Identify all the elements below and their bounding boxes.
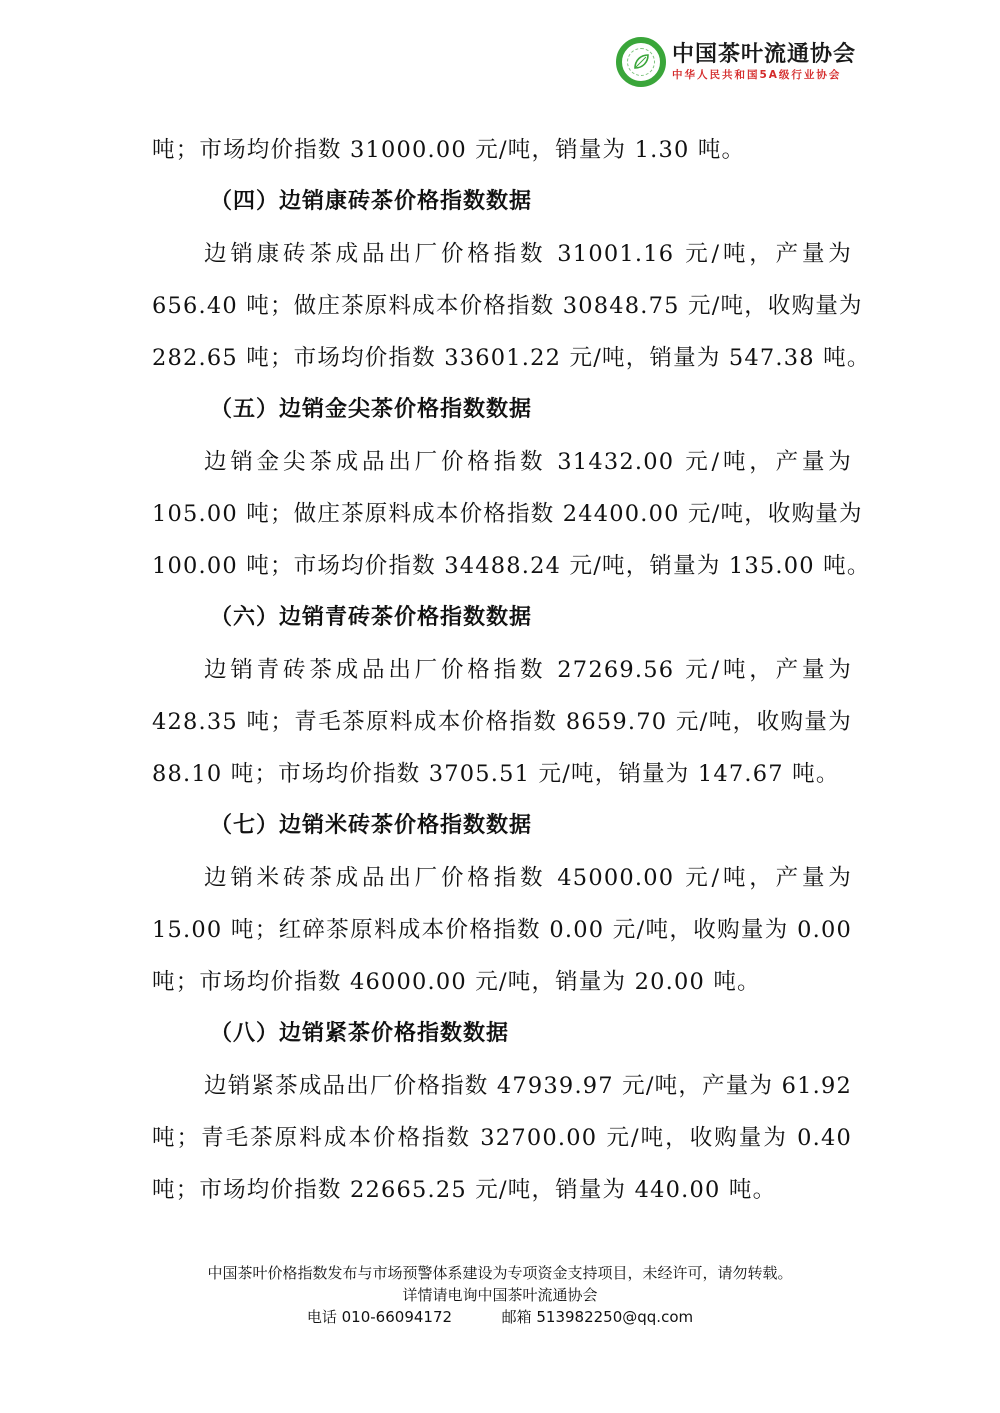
logo-text: 中国茶叶流通协会 中华人民共和国5A级行业协会 [672, 43, 856, 81]
tea-leaf-emblem-icon [616, 37, 666, 87]
paragraph-line: 282.65 吨；市场均价指数 33601.22 元/吨，销量为 547.38 … [152, 332, 852, 384]
section-heading: （五）边销金尖茶价格指数数据 [152, 384, 852, 436]
leaf-icon [631, 52, 651, 72]
section-heading: （四）边销康砖茶价格指数数据 [152, 176, 852, 228]
paragraph-line: 边销米砖茶成品出厂价格指数 45000.00 元/吨，产量为 [152, 852, 852, 904]
paragraph-line: 656.40 吨；做庄茶原料成本价格指数 30848.75 元/吨，收购量为 [152, 280, 852, 332]
org-subtitle: 中华人民共和国5A级行业协会 [672, 70, 856, 81]
section-heading: （七）边销米砖茶价格指数数据 [152, 800, 852, 852]
footer-email: 邮箱 513982250@qq.com [502, 1308, 694, 1326]
paragraph-line: 吨；市场均价指数 46000.00 元/吨，销量为 20.00 吨。 [152, 956, 852, 1008]
section-heading: （六）边销青砖茶价格指数数据 [152, 592, 852, 644]
paragraph-line: 边销青砖茶成品出厂价格指数 27269.56 元/吨，产量为 [152, 644, 852, 696]
paragraph-line: 吨；市场均价指数 31000.00 元/吨，销量为 1.30 吨。 [152, 124, 852, 176]
paragraph-line: 15.00 吨；红碎茶原料成本价格指数 0.00 元/吨，收购量为 0.00 [152, 904, 852, 956]
paragraph-line: 吨；青毛茶原料成本价格指数 32700.00 元/吨，收购量为 0.40 [152, 1112, 852, 1164]
paragraph-line: 100.00 吨；市场均价指数 34488.24 元/吨，销量为 135.00 … [152, 540, 852, 592]
header-logo: 中国茶叶流通协会 中华人民共和国5A级行业协会 [616, 34, 876, 90]
footer-notice: 中国茶叶价格指数发布与市场预警体系建设为专项资金支持项目，未经许可，请勿转载。 [0, 1262, 1000, 1284]
footer-contact: 电话 010-66094172 邮箱 513982250@qq.com [0, 1306, 1000, 1328]
paragraph-line: 边销紧茶成品出厂价格指数 47939.97 元/吨，产量为 61.92 [152, 1060, 852, 1112]
section-heading: （八）边销紧茶价格指数数据 [152, 1008, 852, 1060]
paragraph-line: 边销金尖茶成品出厂价格指数 31432.00 元/吨，产量为 [152, 436, 852, 488]
paragraph-line: 105.00 吨；做庄茶原料成本价格指数 24400.00 元/吨，收购量为 [152, 488, 852, 540]
footer-phone: 电话 010-66094172 [307, 1308, 452, 1326]
footer-inquiry: 详情请电询中国茶叶流通协会 [0, 1284, 1000, 1306]
paragraph-line: 88.10 吨；市场均价指数 3705.51 元/吨，销量为 147.67 吨。 [152, 748, 852, 800]
org-name: 中国茶叶流通协会 [672, 43, 856, 65]
page-footer: 中国茶叶价格指数发布与市场预警体系建设为专项资金支持项目，未经许可，请勿转载。 … [0, 1262, 1000, 1328]
document-body: 吨；市场均价指数 31000.00 元/吨，销量为 1.30 吨。 （四）边销康… [152, 124, 852, 1216]
paragraph-line: 428.35 吨；青毛茶原料成本价格指数 8659.70 元/吨，收购量为 [152, 696, 852, 748]
paragraph-line: 吨；市场均价指数 22665.25 元/吨，销量为 440.00 吨。 [152, 1164, 852, 1216]
paragraph-line: 边销康砖茶成品出厂价格指数 31001.16 元/吨，产量为 [152, 228, 852, 280]
